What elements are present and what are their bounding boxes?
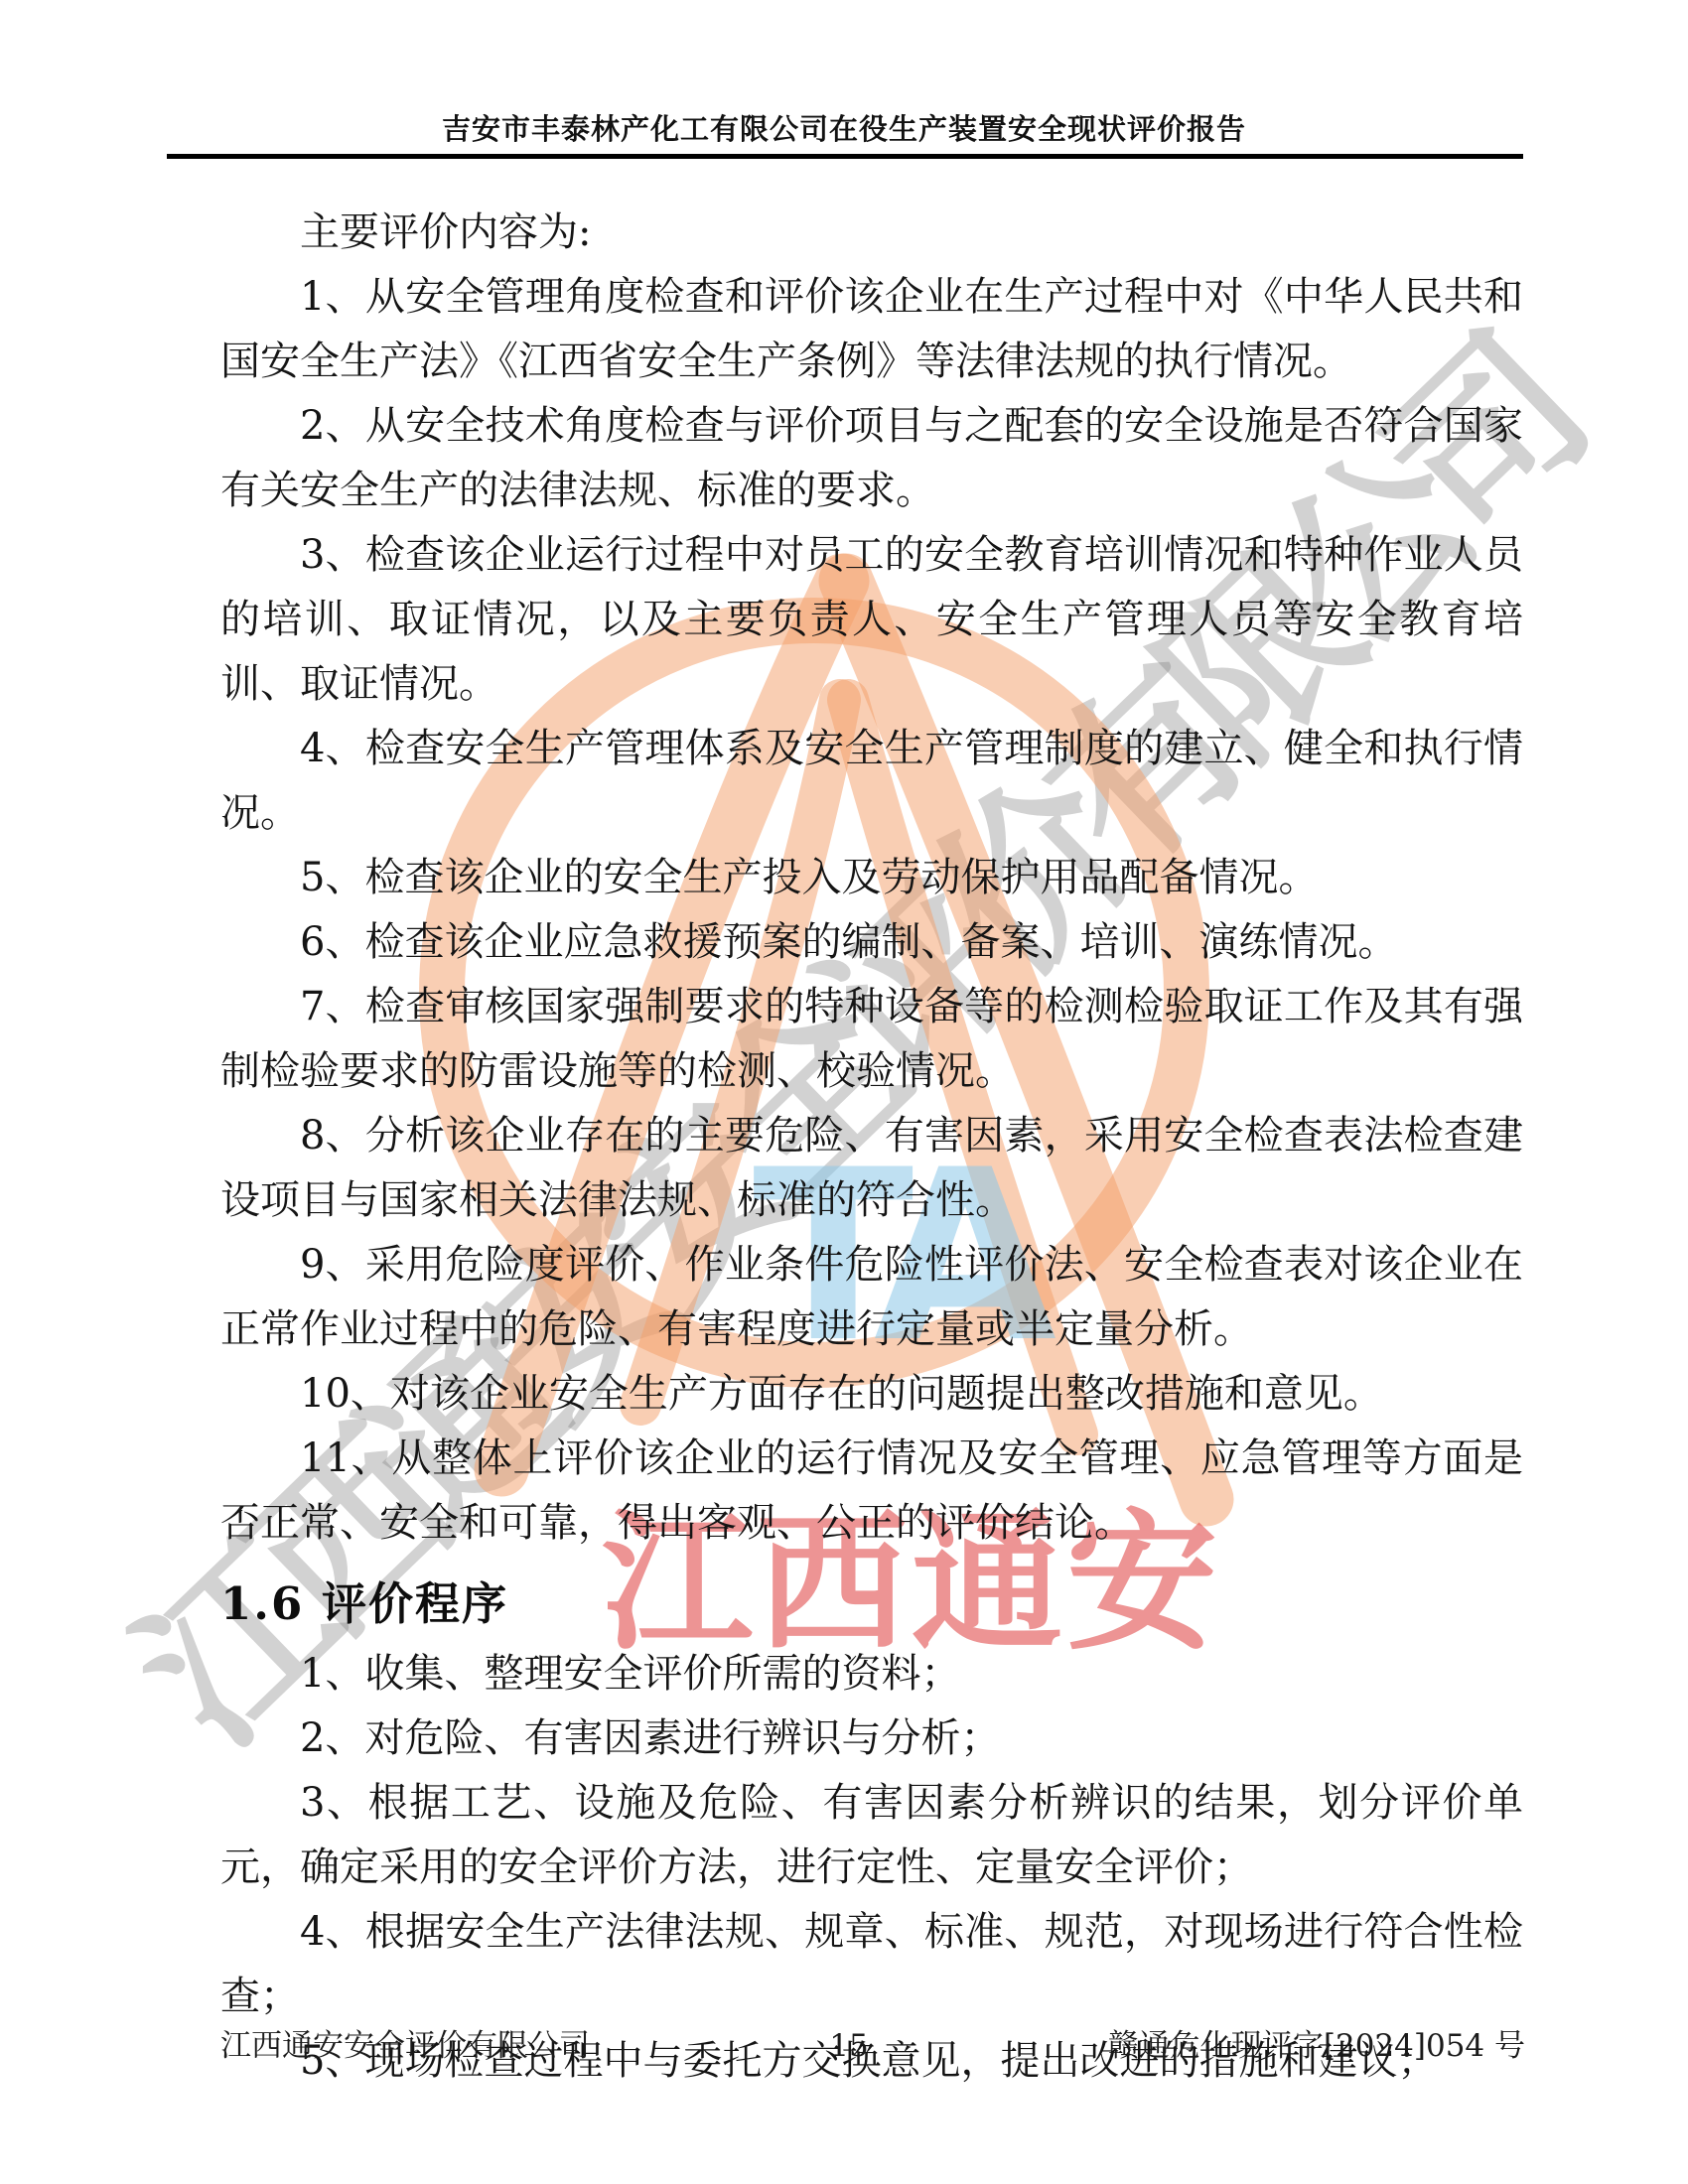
paragraph: 3、根据工艺、设施及危险、有害因素分析辨识的结果，划分评价单元，确定采用的安全评… <box>220 1771 1523 1900</box>
paragraph: 5、检查该企业的安全生产投入及劳动保护用品配备情况。 <box>220 846 1523 910</box>
paragraph: 4、根据安全生产法律法规、规章、标准、规范，对现场进行符合性检查； <box>220 1900 1523 2029</box>
paragraph: 9、采用危险度评价、作业条件危险性评价法、安全检查表对该企业在正常作业过程中的危… <box>220 1233 1523 1362</box>
paragraph: 4、检查安全生产管理体系及安全生产管理制度的建立、健全和执行情况。 <box>220 717 1523 846</box>
evaluation-items: 1、从安全管理角度检查和评价该企业在生产过程中对《中华人民共和国安全生产法》《江… <box>220 265 1523 1556</box>
paragraph: 2、从安全技术角度检查与评价项目与之配套的安全设施是否符合国家有关安全生产的法律… <box>220 394 1523 523</box>
paragraph: 1、收集、整理安全评价所需的资料； <box>220 1642 1523 1706</box>
header-title: 吉安市丰泰林产化工有限公司在役生产装置安全现状评价报告 <box>0 107 1688 148</box>
intro-line: 主要评价内容为: <box>220 201 1523 265</box>
section-heading: 1.6 评价程序 <box>220 1571 1523 1636</box>
document-body: 主要评价内容为: 1、从安全管理角度检查和评价该企业在生产过程中对《中华人民共和… <box>220 201 1523 2094</box>
header-rule <box>167 154 1523 159</box>
footer-company: 江西通安安全评价有限公司 <box>220 2020 590 2065</box>
paragraph: 7、检查审核国家强制要求的特种设备等的检测检验取证工作及其有强制检验要求的防雷设… <box>220 975 1523 1104</box>
page-footer: 江西通安安全评价有限公司 15 赣通危化现评字[2024]054 号 <box>220 2020 1525 2065</box>
paragraph: 3、检查该企业运行过程中对员工的安全教育培训情况和特种作业人员的培训、取证情况，… <box>220 523 1523 717</box>
footer-page-number: 15 <box>829 2028 868 2064</box>
paragraph: 11、从整体上评价该企业的运行情况及安全管理、应急管理等方面是否正常、安全和可靠… <box>220 1427 1523 1556</box>
paragraph: 10、对该企业安全生产方面存在的问题提出整改措施和意见。 <box>220 1362 1523 1427</box>
paragraph: 2、对危险、有害因素进行辨识与分析； <box>220 1706 1523 1771</box>
footer-doc-number: 赣通危化现评字[2024]054 号 <box>1108 2020 1525 2065</box>
paragraph: 1、从安全管理角度检查和评价该企业在生产过程中对《中华人民共和国安全生产法》《江… <box>220 265 1523 394</box>
report-page: 江西通安安全评价有限公司 TA 江西通安 吉安市丰泰林产化工有限公司在役生产装置… <box>0 0 1688 2184</box>
paragraph: 8、分析该企业存在的主要危险、有害因素，采用安全检查表法检查建设项目与国家相关法… <box>220 1104 1523 1233</box>
paragraph: 6、检查该企业应急救援预案的编制、备案、培训、演练情况。 <box>220 910 1523 975</box>
